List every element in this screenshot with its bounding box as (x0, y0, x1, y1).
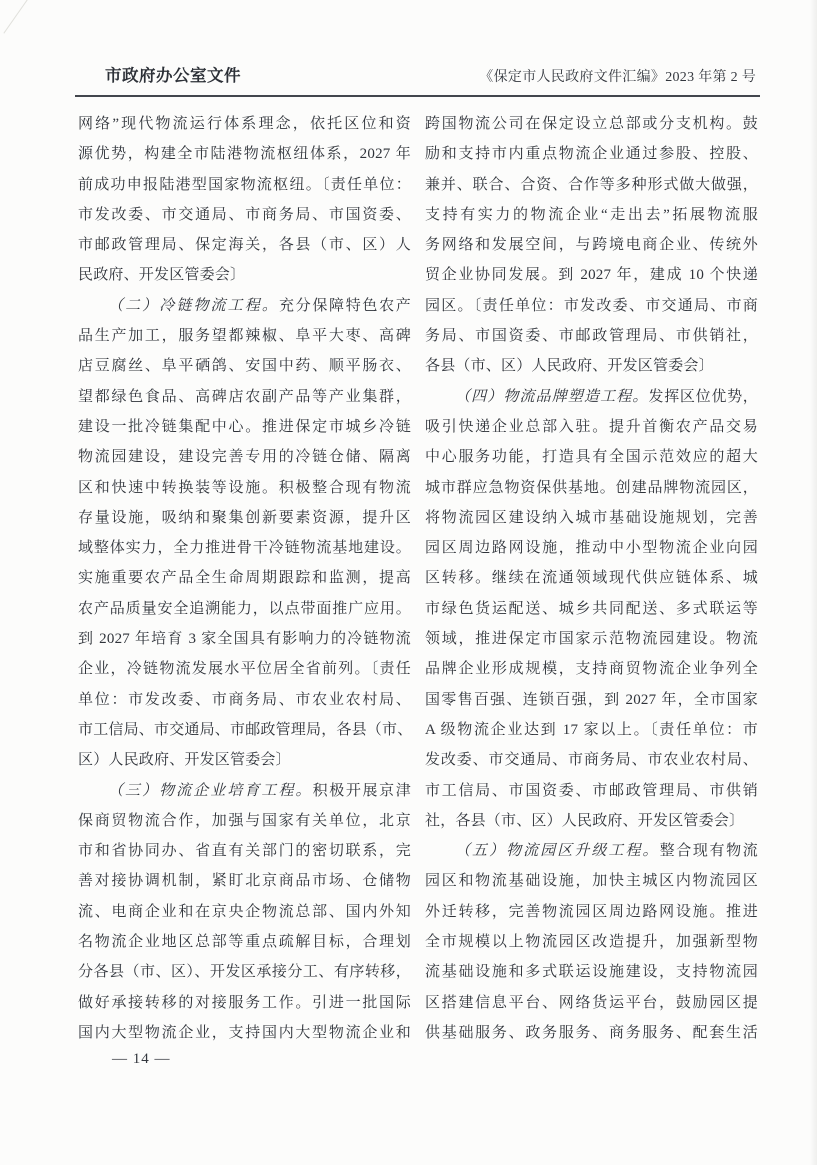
paragraph-heading-line: （三）物流企业培育工程。积极开展京津 (78, 776, 411, 806)
text-line: 单位：市发改委、市商务局、市农业农村局、 (78, 685, 411, 715)
text-line: 企业，冷链物流发展水平位居全省前列。〔责任 (78, 654, 411, 684)
text-line: 物流园建设，建设完善专用的冷链仓储、隔离 (78, 442, 411, 472)
text-line: 市邮政管理局、保定海关，各县（市、区）人 (78, 230, 411, 260)
text-line: 流、电商企业和在京央企物流总部、国内外知 (78, 897, 411, 927)
text-line: 到 2027 年培育 3 家全国具有影响力的冷链物流 (78, 624, 411, 654)
text-line: 建设一批冷链集配中心。推进保定市城乡冷链 (78, 412, 411, 442)
text-line: 市发改委、市交通局、市商务局、市国资委、 (78, 200, 411, 230)
text-line: 将物流园区建设纳入城市基础设施规划，完善 (425, 503, 758, 533)
document-body: 网络”现代物流运行体系理念，依托区位和资源优势，构建全市陆港物流枢纽体系，202… (78, 109, 759, 1048)
text-line: 做好承接转移的对接服务工作。引进一批国际 (78, 988, 411, 1018)
page-header: 市政府办公室文件 《保定市人民政府文件汇编》2023 年第 2 号 (75, 62, 760, 97)
text-line: 保商贸物流合作，加强与国家有关单位，北京 (78, 806, 411, 836)
page-footer: — 14 — (112, 1051, 171, 1068)
text-line: 发改委、市交通局、市商务局、市农业农村局、 (425, 745, 758, 775)
text-line: 支持有实力的物流企业“走出去”拓展物流服 (425, 200, 758, 230)
section-heading: （三）物流企业培育工程。 (108, 783, 313, 799)
text-line: 领域，推进保定市国家示范物流园建设。物流 (425, 624, 758, 654)
text-line: 区转移。继续在流通领域现代供应链体系、城 (425, 563, 758, 593)
text-line: 前成功申报陆港型国家物流枢纽。〔责任单位： (78, 170, 411, 200)
text-line: 望都绿色食品、高碑店农副产品等产业集群， (78, 382, 411, 412)
text-line: 分各县（市、区）、开发区承接分工、有序转移， (78, 957, 411, 987)
text-line: 源优势，构建全市陆港物流枢纽体系，2027 年 (78, 139, 411, 169)
text-line: 存量设施，吸纳和聚集创新要素资源，提升区 (78, 503, 411, 533)
document-page: 市政府办公室文件 《保定市人民政府文件汇编》2023 年第 2 号 网络”现代物… (0, 0, 817, 1165)
section-heading: （二）冷链物流工程。 (108, 298, 279, 314)
text-line: 区）人民政府、开发区管委会〕 (78, 745, 411, 775)
text-line: 跨国物流公司在保定设立总部或分支机构。鼓 (425, 109, 758, 139)
text-line: 域整体实力，全力推进骨干冷链物流基地建设。 (78, 533, 411, 563)
text-line: 供基础服务、政务服务、商务服务、配套生活 (425, 1018, 758, 1048)
text-line: 善对接协调机制，紧盯北京商品市场、仓储物 (78, 866, 411, 896)
section-heading: （四）物流品牌塑造工程。 (455, 389, 648, 405)
text-line: 农产品质量安全追溯能力，以点带面推广应用。 (78, 594, 411, 624)
text-line: 园区。〔责任单位：市发改委、市交通局、市商 (425, 291, 758, 321)
text-line: 国零售百强、连锁百强，到 2027 年，全市国家 (425, 685, 758, 715)
text-line: 全市规模以上物流园区改造提升，加强新型物 (425, 927, 758, 957)
text-line: 名物流企业地区总部等重点疏解目标，合理划 (78, 927, 411, 957)
text-line: 店豆腐丝、阜平硒鸽、安国中药、顺平肠衣、 (78, 351, 411, 381)
text-line: 务网络和发展空间，与跨境电商企业、传统外 (425, 230, 758, 260)
paragraph-heading-line: （四）物流品牌塑造工程。发挥区位优势， (425, 382, 758, 412)
text-line: 国内大型物流企业，支持国内大型物流企业和 (78, 1018, 411, 1048)
header-doc-category: 市政府办公室文件 (75, 62, 241, 86)
text-line: 市和省协同办、省直有关部门的密切联系，完 (78, 836, 411, 866)
text-line: 网络”现代物流运行体系理念，依托区位和资 (78, 109, 411, 139)
text-line: 品牌企业形成规模，支持商贸物流企业争列全 (425, 654, 758, 684)
page-number: — 14 — (112, 1051, 171, 1067)
text-line: 区和快速中转换装等设施。积极整合现有物流 (78, 473, 411, 503)
text-line: 园区和物流基础设施，加快主城区内物流园区 (425, 866, 758, 896)
text-line: 吸引快递企业总部入驻。提升首衡农产品交易 (425, 412, 758, 442)
text-line: 市工信局、市交通局、市邮政管理局，各县（市、 (78, 715, 411, 745)
text-line: 贸企业协同发展。到 2027 年，建成 10 个快递 (425, 260, 758, 290)
text-line: 外迁转移，完善物流园区周边路网设施。推进 (425, 897, 758, 927)
scan-edge-shadow (810, 0, 817, 1165)
text-column-right: 跨国物流公司在保定设立总部或分支机构。鼓励和支持市内重点物流企业通过参股、控股、… (425, 109, 758, 1048)
text-line: 民政府、开发区管委会〕 (78, 260, 411, 290)
header-compilation-title: 《保定市人民政府文件汇编》2023 年第 2 号 (479, 66, 760, 86)
text-line: A 级物流企业达到 17 家以上。〔责任单位：市 (425, 715, 758, 745)
paragraph-heading-line: （五）物流园区升级工程。整合现有物流 (425, 836, 758, 866)
text-line: 务局、市国资委、市邮政管理局、市供销社， (425, 321, 758, 351)
paragraph-heading-line: （二）冷链物流工程。充分保障特色农产 (78, 291, 411, 321)
scan-corner-artifact (3, 0, 30, 34)
text-line: 流基础设施和多式联运设施建设，支持物流园 (425, 957, 758, 987)
text-line: 品生产加工，服务望都辣椒、阜平大枣、高碑 (78, 321, 411, 351)
text-line: 园区周边路网设施，推动中小型物流企业向园 (425, 533, 758, 563)
text-column-left: 网络”现代物流运行体系理念，依托区位和资源优势，构建全市陆港物流枢纽体系，202… (78, 109, 411, 1048)
text-line: 社，各县（市、区）人民政府、开发区管委会〕 (425, 806, 758, 836)
text-line: 励和支持市内重点物流企业通过参股、控股、 (425, 139, 758, 169)
text-line: 区搭建信息平台、网络货运平台，鼓励园区提 (425, 988, 758, 1018)
text-line: 中心服务功能，打造具有全国示范效应的超大 (425, 442, 758, 472)
section-heading: （五）物流园区升级工程。 (455, 843, 660, 859)
text-line: 实施重要农产品全生命周期跟踪和监测，提高 (78, 563, 411, 593)
text-line: 各县（市、区）人民政府、开发区管委会〕 (425, 351, 758, 381)
text-line: 兼并、联合、合资、合作等多种形式做大做强， (425, 170, 758, 200)
text-line: 市绿色货运配送、城乡共同配送、多式联运等 (425, 594, 758, 624)
text-line: 城市群应急物资保供基地。创建品牌物流园区， (425, 473, 758, 503)
text-line: 市工信局、市国资委、市邮政管理局、市供销 (425, 776, 758, 806)
